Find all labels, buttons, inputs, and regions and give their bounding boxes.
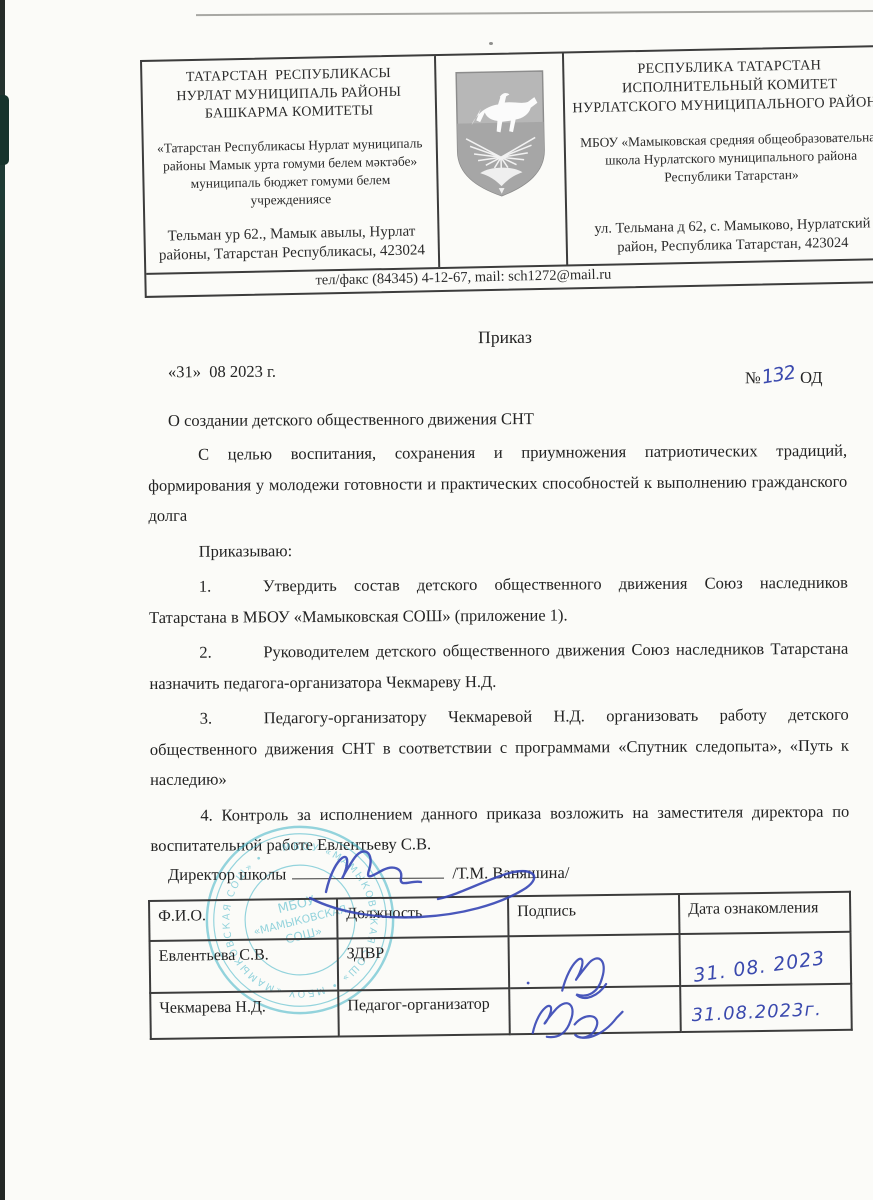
signature-block: Директор школы/Т.М. Ваняшина/	[168, 863, 570, 885]
signature-ink	[518, 991, 649, 1053]
org-name-russian: РЕСПУБЛИКА ТАТАРСТАН ИСПОЛНИТЕЛЬНЫЙ КОМИ…	[570, 55, 873, 118]
order-body: С целью воспитания, сохранения и приумно…	[148, 436, 850, 867]
address-russian: ул. Тельмана д 62, с. Мамыково, Нурлатск…	[573, 214, 873, 258]
cell-date: 31.08.2023г.	[680, 984, 852, 1032]
school-name-russian: МБОУ «Мамыковская средняя общеобразовате…	[572, 128, 873, 188]
letterhead: ТАТАРСТАН РЕСПУБЛИКАСЫ НУРЛАТ МУНИЦИПАЛЬ…	[140, 45, 873, 298]
cell-signature	[509, 934, 681, 988]
order-preamble: С целью воспитания, сохранения и приумно…	[148, 436, 848, 532]
address-tatar: Тельман ур 62., Мамык авылы, Нурлат райо…	[151, 222, 432, 267]
school-name-tatar: «Татарстан Республикасы Нурлат муниципал…	[150, 134, 431, 211]
order-date: «31» 08 2023 г.	[168, 362, 276, 383]
scan-top-line	[196, 10, 873, 16]
order-number-prefix: №	[745, 368, 761, 387]
order-item-1: 1.Утвердить состав детского общественног…	[149, 568, 848, 633]
signature-label: Директор школы	[168, 864, 286, 884]
item-number: 1.	[199, 571, 263, 602]
header-date: Дата ознакомления	[679, 892, 851, 934]
cell-name: Евлентьева С.В.	[150, 939, 339, 993]
scan-speck	[489, 42, 493, 45]
document-title: Приказ	[140, 325, 870, 350]
order-resolve-word: Приказываю:	[149, 532, 848, 567]
header-position: Должность	[337, 896, 509, 938]
signatory-name: /Т.М. Ваняшина/	[452, 863, 569, 883]
order-item-3: 3.Педагогу-организатору Чекмаревой Н.Д. …	[150, 700, 850, 796]
item-number: 3.	[200, 703, 264, 734]
letterhead-left-tatar: ТАТАРСТАН РЕСПУБЛИКАСЫ НУРЛАТ МУНИЦИПАЛЬ…	[142, 56, 438, 272]
cell-position: ЗДВР	[338, 936, 510, 990]
cell-signature	[509, 986, 681, 1034]
signature-rule	[292, 864, 444, 880]
scan-edge-notch	[0, 95, 9, 165]
handwritten-date: 31.08.2023г.	[691, 999, 822, 1026]
scan-edge-shadow	[0, 0, 5, 1200]
item-number: 2.	[199, 637, 263, 668]
acknowledgement-table: Ф.И.О. Должность Подпись Дата ознакомлен…	[148, 891, 853, 1040]
letterhead-emblem-cell	[434, 53, 568, 266]
cell-date: 31. 08. 2023	[679, 932, 851, 986]
header-signature: Подпись	[508, 894, 680, 936]
letterhead-right-russian: РЕСПУБЛИКА ТАТАРСТАН ИСПОЛНИТЕЛЬНЫЙ КОМИ…	[564, 47, 873, 264]
table-row: Евлентьева С.В. ЗДВР 31. 08. 2023	[150, 932, 852, 993]
order-number: №132 ОД	[745, 366, 823, 388]
order-number-handwritten: 132	[760, 362, 796, 389]
coat-of-arms-icon	[451, 68, 550, 200]
org-name-tatar: ТАТАРСТАН РЕСПУБЛИКАСЫ НУРЛАТ МУНИЦИПАЛЬ…	[148, 64, 429, 125]
scanned-order-document: ТАТАРСТАН РЕСПУБЛИКАСЫ НУРЛАТ МУНИЦИПАЛЬ…	[0, 0, 873, 1200]
header-fio: Ф.И.О.	[149, 899, 338, 941]
order-item-2: 2.Руководителем детского общественного д…	[149, 634, 848, 699]
cell-position: Педагог-организатор	[338, 988, 510, 1036]
order-number-suffix: ОД	[800, 368, 822, 387]
order-subject: О создании детского общественного движен…	[168, 409, 534, 431]
handwritten-date: 31. 08. 2023	[692, 947, 827, 987]
cell-name: Чекмарева Н.Д.	[150, 991, 339, 1039]
table-row: Чекмарева Н.Д. Педагог-организатор 31.08…	[150, 984, 852, 1039]
